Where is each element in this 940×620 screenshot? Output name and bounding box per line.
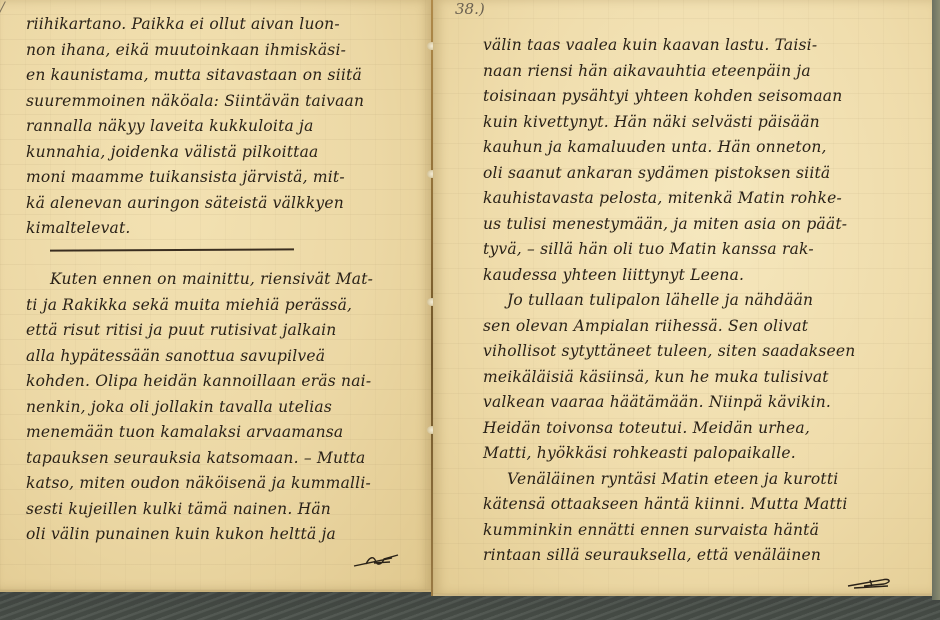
text-line: tapauksen seurauksia katsomaan. – Mutta bbox=[26, 446, 426, 472]
right-page-text: välin taas vaalea kuin kaavan lastu. Tai… bbox=[483, 33, 923, 569]
text-line: kätensä ottaakseen häntä kiinni. Mutta M… bbox=[483, 492, 923, 518]
left-page-text: riihikartano. Paikka ei ollut aivan luon… bbox=[26, 12, 426, 548]
end-flourish-icon bbox=[846, 572, 896, 592]
text-line: kohden. Olipa heidän kannoillaan eräs na… bbox=[26, 369, 426, 395]
text-line: valkean vaaraa häätämään. Niinpä kävikin… bbox=[483, 390, 923, 416]
text-line: kunnahia, joidenka välistä pilkoittaa bbox=[26, 140, 426, 166]
text-line: en kaunistama, mutta sitavastaan on siit… bbox=[26, 63, 426, 89]
end-flourish-icon bbox=[352, 550, 402, 570]
left-page: / riihikartano. Paikka ei ollut aivan lu… bbox=[0, 0, 432, 592]
page-number: 38.) bbox=[455, 0, 485, 18]
text-line: kä alenevan auringon säteistä välkkyen bbox=[26, 191, 426, 217]
text-line: rannalla näkyy laveita kukkuloita ja bbox=[26, 114, 426, 140]
text-line: Heidän toivonsa toteutui. Meidän urhea, bbox=[483, 416, 923, 442]
text-line: kauhun ja kamaluuden unta. Hän onneton, bbox=[483, 135, 923, 161]
text-line: us tulisi menestymään, ja miten asia on … bbox=[483, 212, 923, 238]
text-line: kimaltelevat. bbox=[26, 216, 426, 242]
text-line: oli saanut ankaran sydämen pistoksen sii… bbox=[483, 161, 923, 187]
notebook-photo: / riihikartano. Paikka ei ollut aivan lu… bbox=[0, 0, 940, 620]
text-line: menemään tuon kamalaksi arvaamansa bbox=[26, 420, 426, 446]
text-line: sen olevan Ampialan riihessä. Sen olivat bbox=[483, 314, 923, 340]
text-line: rintaan sillä seurauksella, että venäläi… bbox=[483, 543, 923, 569]
text-line: meikäläisiä käsiinsä, kun he muka tulisi… bbox=[483, 365, 923, 391]
text-line: naan riensi hän aikavauhtia eteenpäin ja bbox=[483, 59, 923, 85]
text-line: tyvä, – sillä hän oli tuo Matin kanssa r… bbox=[483, 237, 923, 263]
text-line: Matti, hyökkäsi rohkeasti palopaikalle. bbox=[483, 441, 923, 467]
text-line: moni maamme tuikansista järvistä, mit- bbox=[26, 165, 426, 191]
text-line: että risut ritisi ja puut rutisivat jalk… bbox=[26, 318, 426, 344]
text-line: Venäläinen ryntäsi Matin eteen ja kurott… bbox=[483, 467, 923, 493]
background-edge bbox=[932, 0, 940, 600]
text-line: Kuten ennen on mainittu, riensivät Mat- bbox=[26, 267, 426, 293]
text-line: alla hypätessään sanottua savupilveä bbox=[26, 344, 426, 370]
text-line: kauhistavasta pelosta, mitenkä Matin roh… bbox=[483, 186, 923, 212]
right-page: 38.) välin taas vaalea kuin kaavan lastu… bbox=[433, 0, 932, 596]
text-line: riihikartano. Paikka ei ollut aivan luon… bbox=[26, 12, 426, 38]
text-line: välin taas vaalea kuin kaavan lastu. Tai… bbox=[483, 33, 923, 59]
text-line: sesti kujeillen kulki tämä nainen. Hän bbox=[26, 497, 426, 523]
text-line: vihollisot sytyttäneet tuleen, siten saa… bbox=[483, 339, 923, 365]
text-line: suuremmoinen näköala: Siintävän taivaan bbox=[26, 89, 426, 115]
text-line: kaudessa yhteen liittynyt Leena. bbox=[483, 263, 923, 289]
text-line: toisinaan pysähtyi yhteen kohden seisoma… bbox=[483, 84, 923, 110]
text-line: kumminkin ennätti ennen survaista häntä bbox=[483, 518, 923, 544]
text-line: nenkin, joka oli jollakin tavalla utelia… bbox=[26, 395, 426, 421]
text-line: non ihana, eikä muutoinkaan ihmiskäsi- bbox=[26, 38, 426, 64]
text-line: kuin kivettynyt. Hän näki selvästi päisä… bbox=[483, 110, 923, 136]
corner-mark: / bbox=[0, 0, 5, 16]
spacer-line bbox=[26, 242, 426, 268]
text-line: ti ja Rakikka sekä muita miehiä perässä, bbox=[26, 293, 426, 319]
text-line: Jo tullaan tulipalon lähelle ja nähdään bbox=[483, 288, 923, 314]
text-line: katso, miten oudon näköisenä ja kummalli… bbox=[26, 471, 426, 497]
text-line: oli välin punainen kuin kukon helttä ja bbox=[26, 522, 426, 548]
